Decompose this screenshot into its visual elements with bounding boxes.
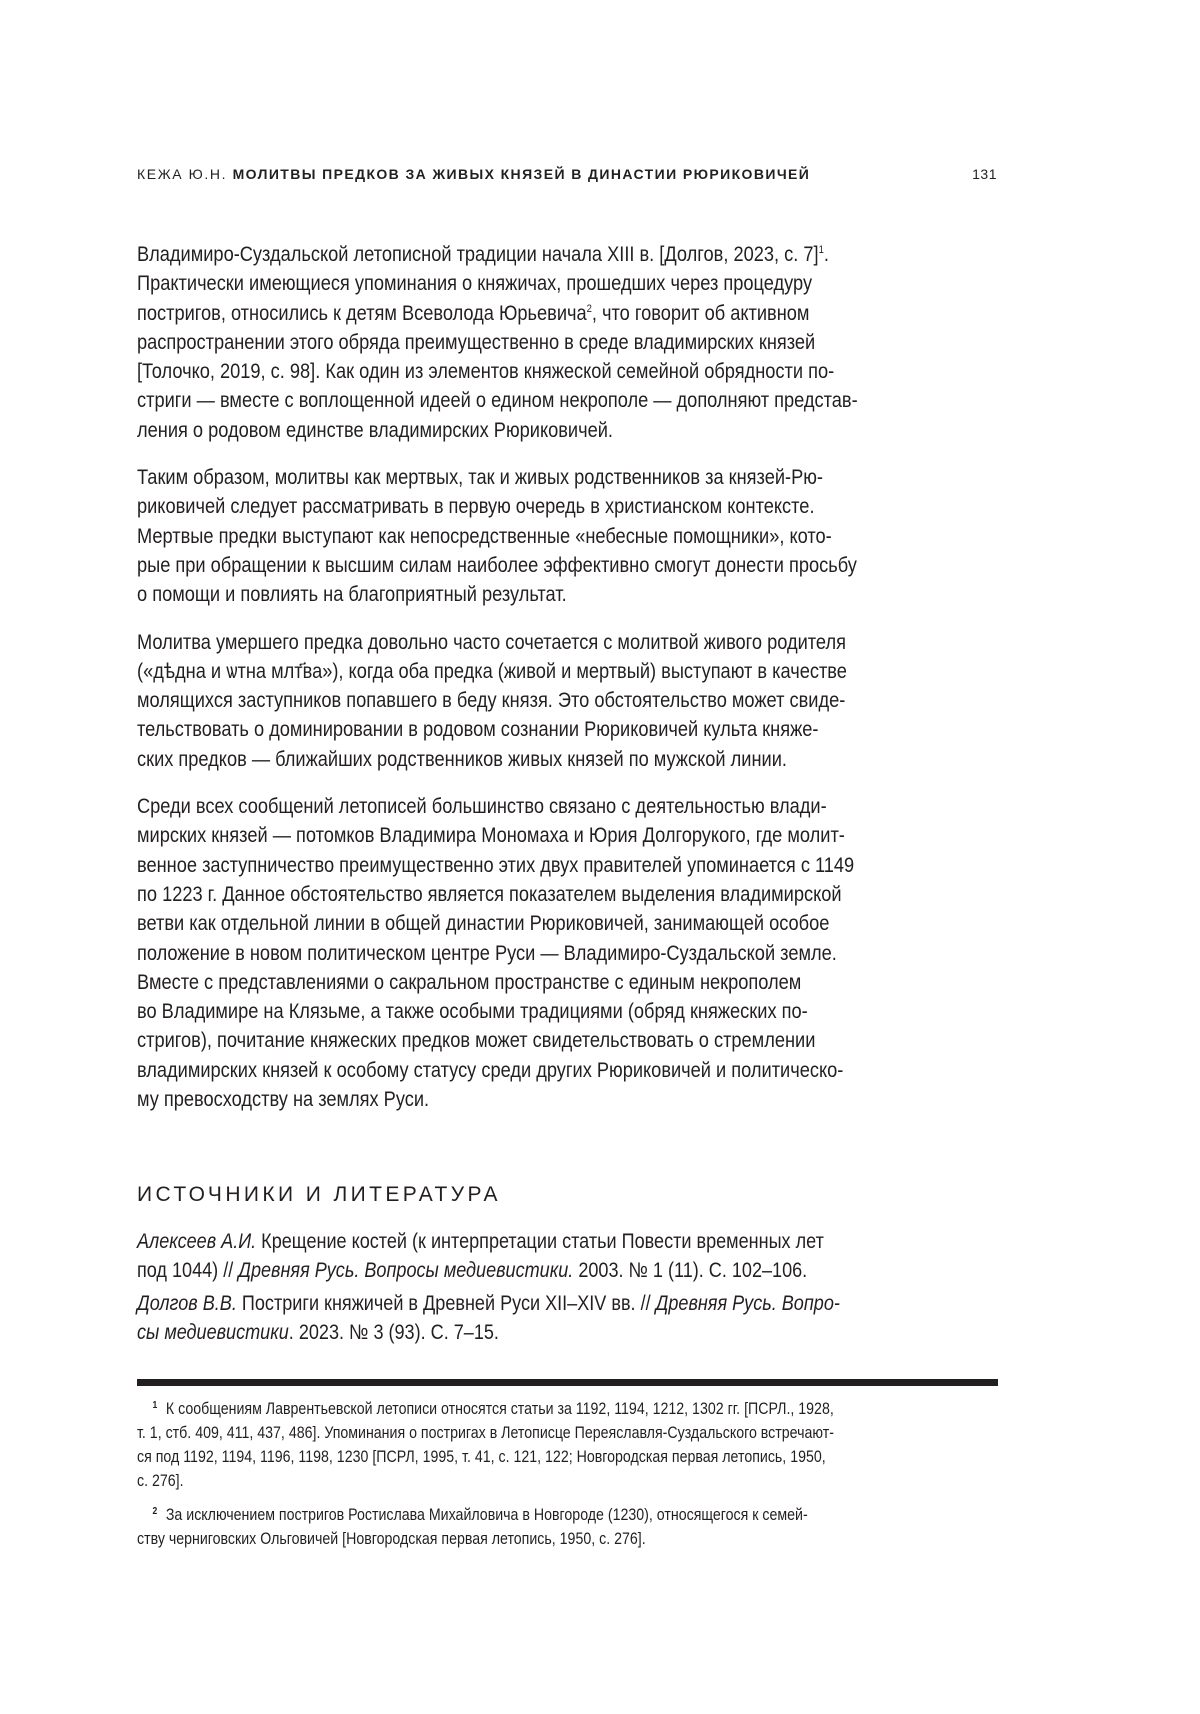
text-line: венное заступничество преимущественно эт… xyxy=(137,851,877,880)
text-line: тельствовать о доминировании в родовом с… xyxy=(137,715,877,744)
running-head: КЕЖА Ю.Н. МОЛИТВЫ ПРЕДКОВ ЗА ЖИВЫХ КНЯЗЕ… xyxy=(137,166,997,186)
text-line: («дѣдна и ѡтна млт҃ва»), когда оба предк… xyxy=(137,657,877,686)
page-number: 131 xyxy=(972,166,997,182)
footnote-1: 1К сообщениям Лаврентьевской летописи от… xyxy=(137,1397,997,1493)
footnotes: 1К сообщениям Лаврентьевской летописи от… xyxy=(137,1397,997,1561)
text-line: во Владимире на Клязьме, а также особыми… xyxy=(137,997,877,1026)
text-line: Владимиро-Суздальской летописной традици… xyxy=(137,240,877,269)
text-line: риковичей следует рассматривать в первую… xyxy=(137,492,877,521)
paragraph-4: Среди всех сообщений летописей большинст… xyxy=(137,792,997,1114)
text-line: о помощи и повлиять на благоприятный рез… xyxy=(137,580,877,609)
running-head-author: КЕЖА Ю.Н. xyxy=(137,166,227,182)
ref-journal: сы медиевистики xyxy=(137,1321,289,1344)
text-line: ления о родовом единстве владимирских Рю… xyxy=(137,416,877,445)
article-body: Владимиро-Суздальской летописной традици… xyxy=(137,240,997,1132)
footnote-2: 2За исключением постригов Ростислава Мих… xyxy=(137,1503,997,1551)
text-line: стриги — вместе с воплощенной идеей о ед… xyxy=(137,386,877,415)
reference-entry: Алексеев А.И. Крещение костей (к интерпр… xyxy=(137,1227,997,1285)
text-line: стригов), почитание княжеских предков мо… xyxy=(137,1026,877,1055)
paragraph-2: Таким образом, молитвы как мертвых, так … xyxy=(137,463,997,609)
text-line: владимирских князей к особому статусу ср… xyxy=(137,1056,877,1085)
paragraph-1: Владимиро-Суздальской летописной традици… xyxy=(137,240,997,445)
text-line: ских предков — ближайших родственников ж… xyxy=(137,745,877,774)
text-line: молящихся заступников попавшего в беду к… xyxy=(137,686,877,715)
text-line: ветви как отдельной линии в общей династ… xyxy=(137,909,877,938)
footnote-line: т. 1, стб. 409, 411, 437, 486]. Упоминан… xyxy=(137,1421,877,1445)
reference-entry: Долгов В.В. Постриги княжичей в Древней … xyxy=(137,1289,997,1347)
journal-page: КЕЖА Ю.Н. МОЛИТВЫ ПРЕДКОВ ЗА ЖИВЫХ КНЯЗЕ… xyxy=(0,0,1200,1714)
text-line: му превосходству на землях Руси. xyxy=(137,1085,877,1114)
section-heading-sources: ИСТОЧНИКИ И ЛИТЕРАТУРА xyxy=(137,1183,501,1207)
footnote-line: ся под 1192, 1194, 1196, 1198, 1230 [ПСР… xyxy=(137,1445,877,1469)
text-line: Среди всех сообщений летописей большинст… xyxy=(137,792,877,821)
text-line: Мертвые предки выступают как непосредств… xyxy=(137,522,877,551)
text-line: Практически имеющиеся упоминания о княжи… xyxy=(137,269,877,298)
footnote-number: 1 xyxy=(152,1400,157,1411)
footnote-number: 2 xyxy=(152,1506,157,1517)
footnote-line: 2За исключением постригов Ростислава Мих… xyxy=(137,1503,877,1527)
ref-author: Алексеев А.И. xyxy=(137,1230,256,1253)
footnote-line: 1К сообщениям Лаврентьевской летописи от… xyxy=(137,1397,877,1421)
text-line: Таким образом, молитвы как мертвых, так … xyxy=(137,463,877,492)
text-line: [Толочко, 2019, с. 98]. Как один из элем… xyxy=(137,357,877,386)
footnote-divider xyxy=(137,1379,998,1386)
text-line: положение в новом политическом центре Ру… xyxy=(137,939,877,968)
footnote-line: ству черниговских Ольговичей [Новгородск… xyxy=(137,1527,877,1551)
text-line: постригов, относились к детям Всеволода … xyxy=(137,299,877,328)
ref-author: Долгов В.В. xyxy=(137,1292,237,1315)
reference-list: Алексеев А.И. Крещение костей (к интерпр… xyxy=(137,1227,997,1351)
ref-journal: Древняя Русь. Вопросы медиевистики. xyxy=(238,1259,573,1282)
text-line: Вместе с представлениями о сакральном пр… xyxy=(137,968,877,997)
text-line: рые при обращении к высшим силам наиболе… xyxy=(137,551,877,580)
running-head-title: МОЛИТВЫ ПРЕДКОВ ЗА ЖИВЫХ КНЯЗЕЙ В ДИНАСТ… xyxy=(233,166,811,182)
text-line: мирских князей — потомков Владимира Моно… xyxy=(137,821,877,850)
paragraph-3: Молитва умершего предка довольно часто с… xyxy=(137,628,997,774)
ref-journal: Древняя Русь. Вопро- xyxy=(656,1292,840,1315)
text-line: Молитва умершего предка довольно часто с… xyxy=(137,628,877,657)
text-line: распространении этого обряда преимуществ… xyxy=(137,328,877,357)
text-line: по 1223 г. Данное обстоятельство являетс… xyxy=(137,880,877,909)
footnote-line: с. 276]. xyxy=(137,1469,877,1493)
